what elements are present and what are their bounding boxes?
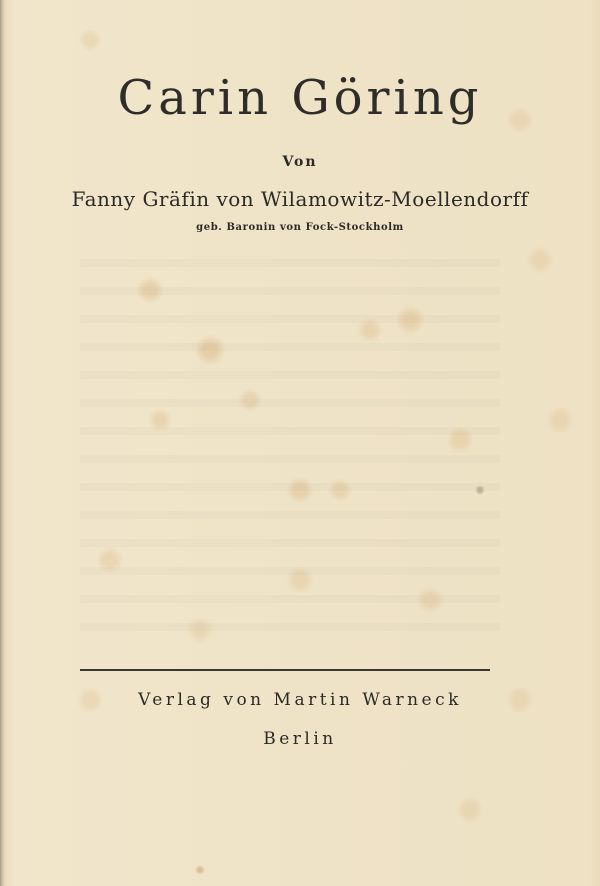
byline: Von (0, 154, 600, 170)
title-page: Carin Göring Von Fanny Gräfin von Wilamo… (0, 0, 600, 886)
publication-city: Berlin (0, 729, 600, 749)
author-birth-name: geb. Baronin von Fock-Stockholm (0, 222, 600, 233)
book-title: Carin Göring (0, 70, 600, 126)
horizontal-rule (80, 669, 490, 671)
author-name: Fanny Gräfin von Wilamowitz-Moellendorff (0, 187, 600, 211)
bleed-through-text (80, 245, 500, 635)
publisher: Verlag von Martin Warneck (0, 690, 600, 710)
